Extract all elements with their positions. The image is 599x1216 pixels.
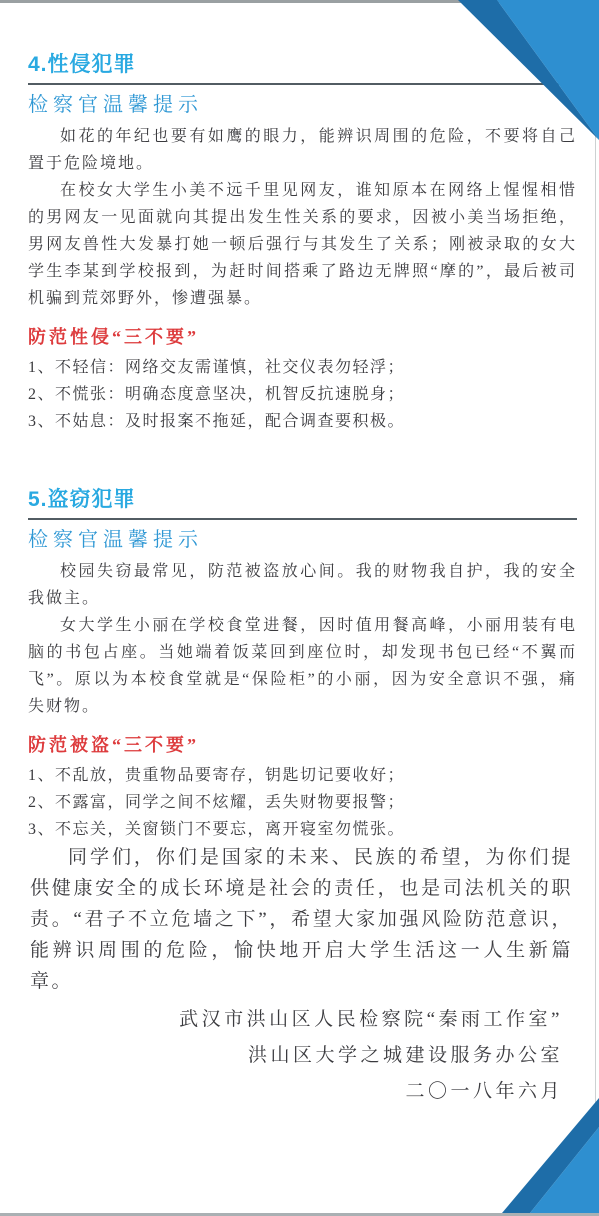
page-right-rule bbox=[595, 0, 596, 1216]
list-item: 1、不轻信：网络交友需谨慎，社交仪表勿轻浮； bbox=[28, 354, 577, 381]
signature-date: 二〇一八年六月 bbox=[30, 1074, 563, 1110]
list-item: 1、不乱放，贵重物品要寄存，钥匙切记要收好； bbox=[28, 762, 577, 789]
body-paragraph: 校园失窃最常见，防范被盗放心间。我的财物我自护，我的安全我做主。 bbox=[28, 558, 577, 612]
list-item: 2、不慌张：明确态度意坚决，机智反抗速脱身； bbox=[28, 381, 577, 408]
body-paragraph: 在校女大学生小美不远千里见网友，谁知原本在网络上惺惺相惜的男网友一见面就向其提出… bbox=[28, 177, 577, 312]
list-item: 3、不姑息：及时报案不拖延，配合调查要积极。 bbox=[28, 408, 577, 435]
leaflet-page: 4.性侵犯罪 检察官温馨提示 如花的年纪也要有如鹰的眼力，能辨识周围的危险，不要… bbox=[0, 0, 599, 1216]
page-top-rule bbox=[0, 0, 599, 3]
signature-block: 武汉市洪山区人民检察院“秦雨工作室” 洪山区大学之城建设服务办公室 二〇一八年六… bbox=[30, 1002, 563, 1110]
body-paragraph: 如花的年纪也要有如鹰的眼力，能辨识周围的危险，不要将自己置于危险境地。 bbox=[28, 123, 577, 177]
signature-org-1: 武汉市洪山区人民检察院“秦雨工作室” bbox=[30, 1002, 563, 1038]
section-sexual-assault: 4.性侵犯罪 检察官温馨提示 如花的年纪也要有如鹰的眼力，能辨识周围的危险，不要… bbox=[28, 53, 577, 435]
bottom-right-light-triangle bbox=[530, 1127, 599, 1213]
signature-org-2: 洪山区大学之城建设服务办公室 bbox=[30, 1038, 563, 1074]
bottom-right-dark-stripe bbox=[502, 1098, 599, 1213]
list-item: 2、不露富，同学之间不炫耀，丢失财物要报警； bbox=[28, 789, 577, 816]
warning-list: 1、不轻信：网络交友需谨慎，社交仪表勿轻浮； 2、不慌张：明确态度意坚决，机智反… bbox=[28, 354, 577, 435]
list-item: 3、不忘关，关窗锁门不要忘，离开寝室勿慌张。 bbox=[28, 816, 577, 843]
section-heading: 5.盗窃犯罪 bbox=[28, 488, 577, 520]
body-paragraph: 女大学生小丽在学校食堂进餐，因时值用餐高峰，小丽用装有电脑的书包占座。当她端着饭… bbox=[28, 612, 577, 720]
section-heading: 4.性侵犯罪 bbox=[28, 53, 577, 85]
warning-heading: 防范性侵“三不要” bbox=[28, 326, 577, 348]
warning-heading: 防范被盗“三不要” bbox=[28, 734, 577, 756]
prosecutor-tip-title: 检察官温馨提示 bbox=[28, 528, 577, 552]
warning-list: 1、不乱放，贵重物品要寄存，钥匙切记要收好； 2、不露富，同学之间不炫耀，丢失财… bbox=[28, 762, 577, 843]
section-theft: 5.盗窃犯罪 检察官温馨提示 校园失窃最常见，防范被盗放心间。我的财物我自护，我… bbox=[28, 488, 577, 843]
prosecutor-tip-title: 检察官温馨提示 bbox=[28, 93, 577, 117]
closing-paragraph: 同学们，你们是国家的未来、民族的希望，为你们提供健康安全的成长环境是社会的责任，… bbox=[30, 842, 573, 997]
